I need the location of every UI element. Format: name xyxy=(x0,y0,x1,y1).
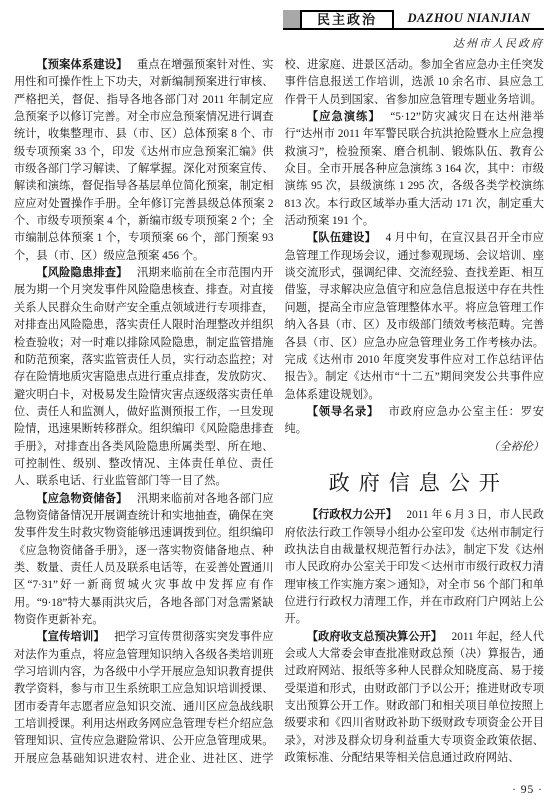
paragraph-admin-power-disclosure: 【行政权力公开】2011 年 6 月 3 日，市人民政府依法行政工作领导小组办公… xyxy=(285,507,545,628)
paragraph-plan-system: 【预案体系建设】重点在增强预案针对性、实用性和可操作性上下功夫，对新编制预案进行… xyxy=(14,57,274,265)
yearbook-page: 民主政治 DAZHOU NIANJIAN 达州市人民政府 【预案体系建设】重点在… xyxy=(0,0,558,801)
entry-text: 汛期来临前对各地各部门应急物资储备情况开展调查统计和实地抽查，确保在突发事件发生… xyxy=(14,493,274,626)
section-heading: 政府信息公开 xyxy=(285,475,545,492)
paragraph-emergency-drills: 【应急演练】“5·12”防灾减灾日在达州港举行“达州市 2011 年军警民联合抗… xyxy=(285,109,545,230)
entry-label: 【风险隐患排查】 xyxy=(36,267,127,279)
paragraph-team-building: 【队伍建设】4 月中旬，在宣汉县召开全市应急管理工作现场会议，通过参观现场、会议… xyxy=(285,230,545,403)
entry-label: 【应急物资储备】 xyxy=(36,493,127,505)
paragraph-budget-disclosure: 【政府收支总预决算公开】2011 年起，经人代会或人大常委会审查批准财政总预（决… xyxy=(285,629,545,768)
category-marker-square xyxy=(283,10,300,28)
book-title: DAZHOU NIANJIAN xyxy=(394,10,544,28)
entry-label: 【宣传培训】 xyxy=(36,631,104,643)
entry-label: 【行政权力公开】 xyxy=(307,509,397,521)
article-body: 【预案体系建设】重点在增强预案针对性、实用性和可操作性上下功夫，对新编制预案进行… xyxy=(14,57,544,779)
entry-text: 汛期来临前在全市范围内开展为期一个月突发事件风险隐患核查、排查。对直接关系人民群… xyxy=(14,267,274,487)
entry-text: 重点在增强预案针对性、实用性和可操作性上下功夫，对新编制预案进行审核、严格把关，… xyxy=(14,59,274,262)
entry-text: 2011 年 6 月 3 日，市人民政府依法行政工作领导小组办公室印发《达州市制… xyxy=(285,509,545,625)
entry-text: “5·12”防灾减灾日在达州港举行“达州市 2011 年军警民联合抗洪抢险暨水上… xyxy=(285,111,545,227)
entry-label: 【预案体系建设】 xyxy=(36,59,127,71)
header-band: 民主政治 DAZHOU NIANJIAN xyxy=(283,10,544,30)
page-number: · 95 · xyxy=(512,784,543,796)
running-title: 达州市人民政府 xyxy=(283,35,544,51)
entry-label: 【应急演练】 xyxy=(307,111,381,123)
entry-label: 【领导名录】 xyxy=(307,406,379,418)
entry-label: 【政府收支总预决算公开】 xyxy=(307,631,442,643)
paragraph-risk-check: 【风险隐患排查】汛期来临前在全市范围内开展为期一个月突发事件风险隐患核查、排查。… xyxy=(14,265,274,490)
author-byline: （全裕伦） xyxy=(285,439,545,456)
page-header: 民主政治 DAZHOU NIANJIAN 达州市人民政府 xyxy=(283,10,544,51)
entry-text: 4 月中旬，在宣汉县召开全市应急管理工作现场会议，通过参观现场、会议培训、座谈交… xyxy=(285,232,545,400)
entry-text: 2011 年起，经人代会或人大常委会审查批准财政总预（决）算报告，通过政府网站、… xyxy=(285,631,545,764)
paragraph-supplies-reserve: 【应急物资储备】汛期来临前对各地各部门应急物资储备情况开展调查统计和实地抽查，确… xyxy=(14,491,274,630)
entry-label: 【队伍建设】 xyxy=(307,232,376,244)
category-label: 民主政治 xyxy=(300,10,394,28)
paragraph-leaders-list: 【领导名录】市政府应急办公室主任：罗安纯。 xyxy=(285,404,545,439)
